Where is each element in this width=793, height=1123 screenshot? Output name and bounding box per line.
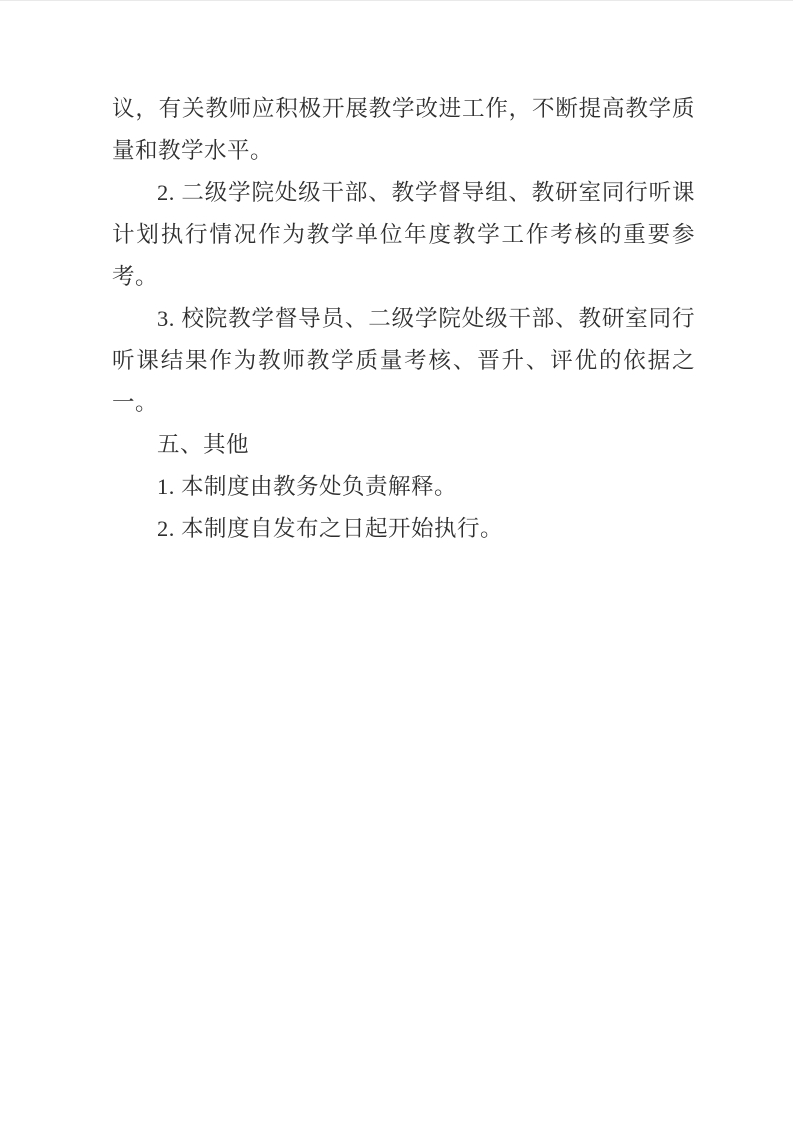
document-page: 议，有关教师应积极开展教学改进工作，不断提高教学质量和教学水平。 2. 二级学院… bbox=[0, 0, 793, 1123]
paragraph-numbered-item-2: 2. 二级学院处级干部、教学督导组、教研室同行听课计划执行情况作为教学单位年度教… bbox=[112, 172, 695, 298]
paragraph-continuation: 议，有关教师应积极开展教学改进工作，不断提高教学质量和教学水平。 bbox=[112, 88, 695, 172]
document-body: 议，有关教师应积极开展教学改进工作，不断提高教学质量和教学水平。 2. 二级学院… bbox=[112, 88, 695, 550]
paragraph-numbered-item-3: 3. 校院教学督导员、二级学院处级干部、教研室同行听课结果作为教师教学质量考核、… bbox=[112, 298, 695, 424]
paragraph-numbered-item-2b: 2. 本制度自发布之日起开始执行。 bbox=[112, 508, 695, 550]
section-heading-five: 五、其他 bbox=[112, 424, 695, 466]
paragraph-numbered-item-1b: 1. 本制度由教务处负责解释。 bbox=[112, 466, 695, 508]
